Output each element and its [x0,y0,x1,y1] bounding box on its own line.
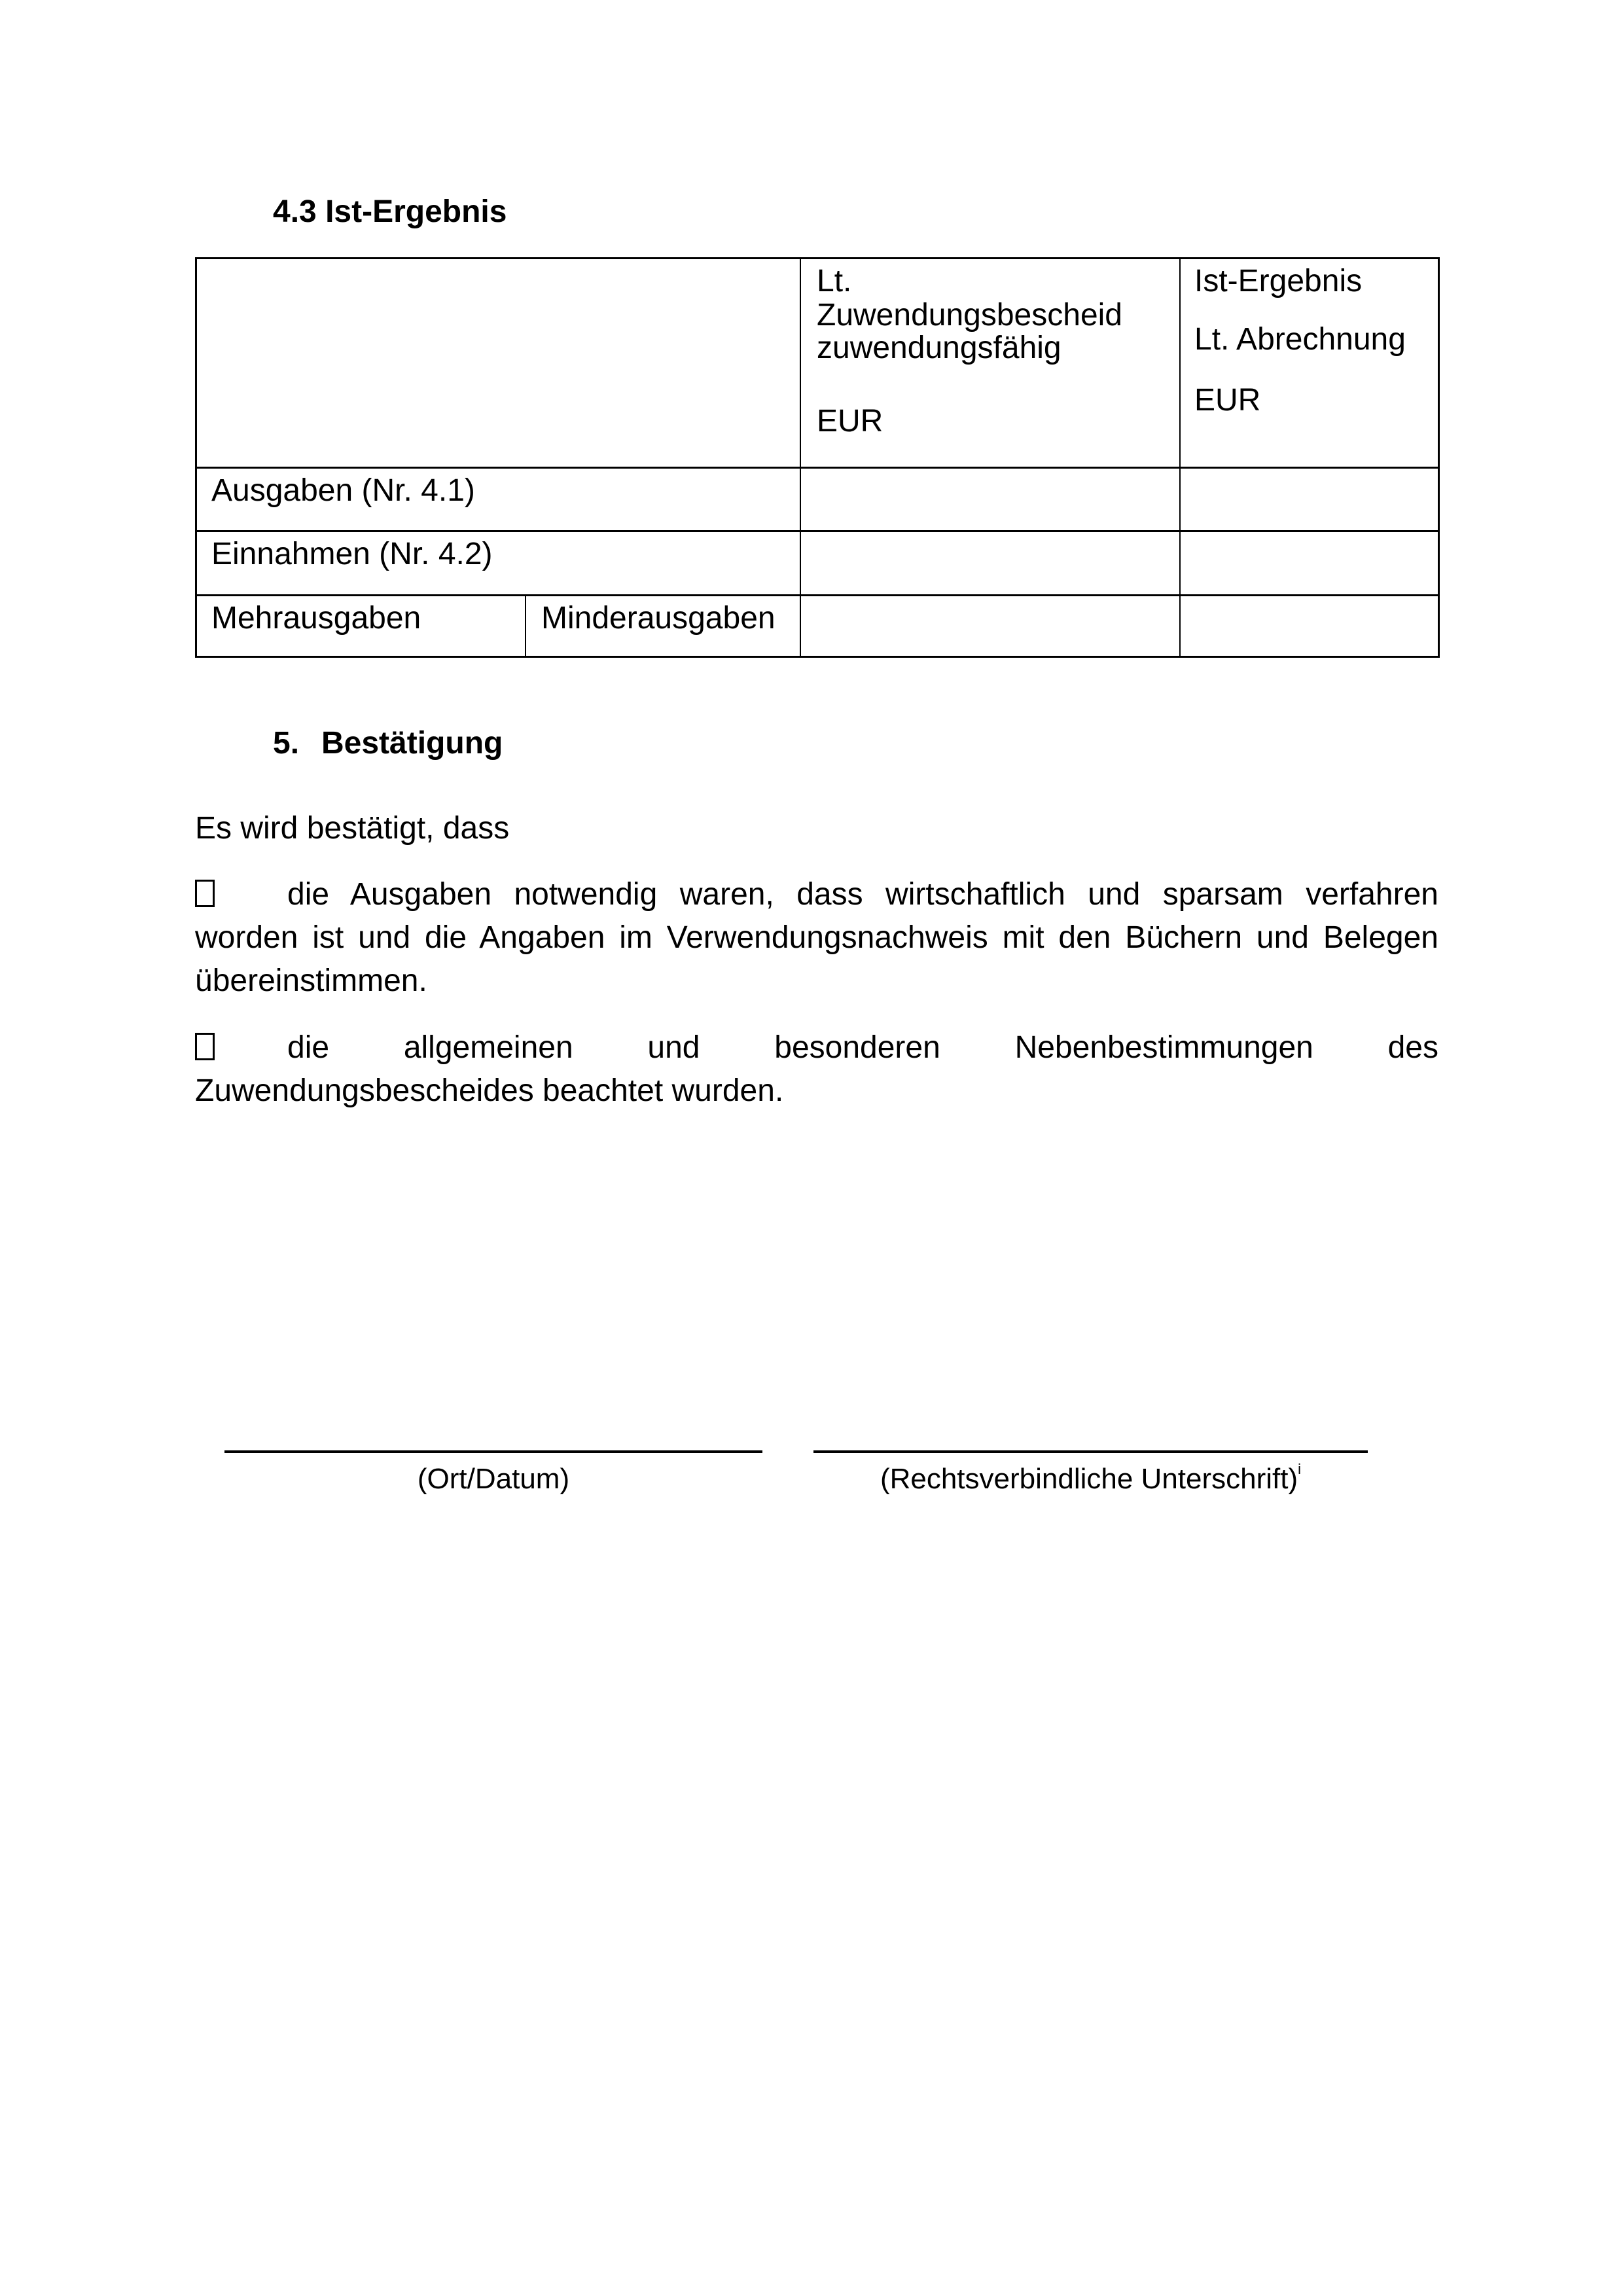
column-divider [800,259,801,656]
place-date-label: (Ort/Datum) [224,1465,762,1494]
checkbox-nebenbestimmungen[interactable] [195,1033,215,1060]
confirmation-intro: Es wird bestätigt, dass [195,813,509,844]
section-5-number: 5. [273,728,299,759]
checkbox-ausgaben-notwendig[interactable] [195,880,215,907]
authorized-signature-label: (Rechtsverbindliche Unterschrift)i [813,1465,1368,1494]
cell-ausgaben-ist[interactable] [1181,469,1438,529]
header-bescheid-unit: EUR [817,406,883,437]
cell-differenz-ist[interactable] [1181,596,1438,655]
section-4-3-heading: 4.3 Ist-Ergebnis [273,196,507,228]
confirmation-item-1-text: die Ausgaben notwendig waren, dass wirts… [195,877,1438,998]
cell-ausgaben-bescheid[interactable] [802,469,1179,529]
header-ist-unit: EUR [1194,385,1260,416]
place-date-signature-line[interactable] [224,1450,762,1453]
row-label-einnahmen: Einnahmen (Nr. 4.2) [211,539,493,570]
cell-einnahmen-ist[interactable] [1181,532,1438,592]
confirmation-item-2-text: die allgemeinen und besonderen Nebenbest… [195,1030,1438,1108]
section-5-heading: Bestätigung [321,728,503,759]
authorized-signature-line[interactable] [813,1450,1368,1453]
confirmation-item-1: die Ausgaben notwendig waren, dass wirts… [195,873,1438,1003]
row-label-ausgaben: Ausgaben (Nr. 4.1) [211,475,475,507]
header-bescheid-line-3: zuwendungsfähig [817,332,1061,364]
cell-differenz-bescheid[interactable] [802,596,1179,655]
row-label-minderausgaben: Minderausgaben [541,603,776,634]
header-ist-line-1: Ist-Ergebnis [1194,266,1362,297]
row-label-mehrausgaben: Mehrausgaben [211,603,421,634]
header-bescheid-line-2: Zuwendungsbescheid [817,300,1122,331]
column-divider [525,594,526,656]
column-divider [1179,259,1181,656]
confirmation-item-2: die allgemeinen und besonderen Nebenbest… [195,1026,1438,1113]
header-bescheid-line-1: Lt. [817,266,851,297]
footnote-marker: i [1298,1461,1301,1477]
cell-einnahmen-bescheid[interactable] [802,532,1179,592]
header-ist-line-2: Lt. Abrechnung [1194,324,1406,355]
ist-ergebnis-table: Lt. Zuwendungsbescheid zuwendungsfähig E… [195,257,1440,658]
